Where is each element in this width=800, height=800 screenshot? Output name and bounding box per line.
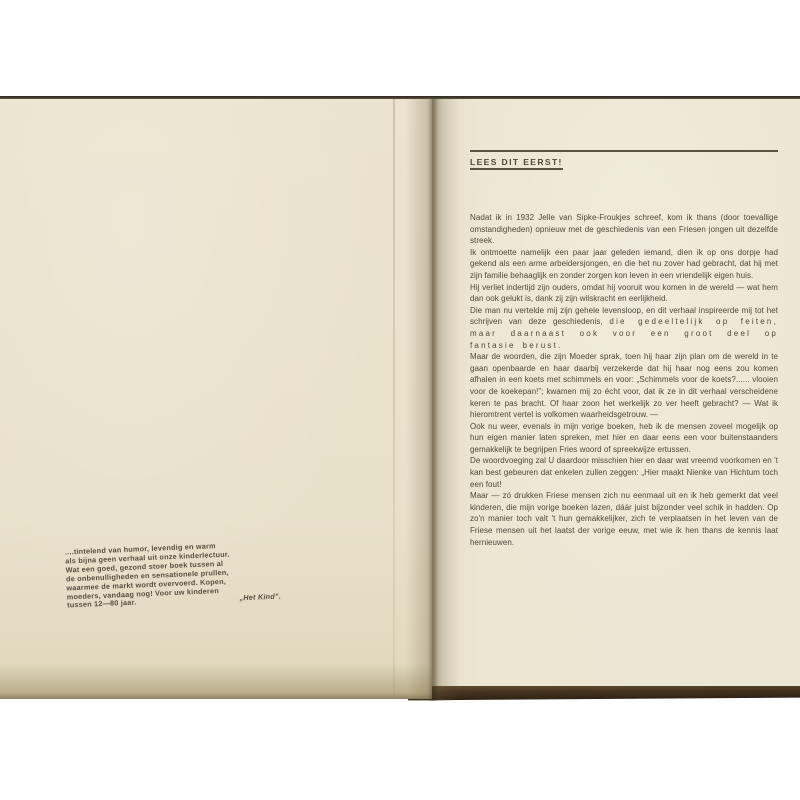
left-page: ....tintelend van humor, levendig en war… [0,98,432,699]
foreword-paragraph: Ook nu weer, evenals in mijn vorige boek… [470,421,778,456]
book-photo: ....tintelend van humor, levendig en war… [0,96,800,701]
review-line: tussen 12—80 jaar. [67,599,137,611]
foreword-paragraph: De woordvoeging zal U daardoor misschien… [470,455,778,490]
page-top-edge [0,96,800,99]
foreword-text: Nadat ik in 1932 Jelle van Sipke-Froukje… [470,212,778,548]
page-crease [393,98,395,696]
foreword-paragraph: Maar — zó drukken Friese mensen zich nu … [470,490,778,548]
foreword-paragraph: Maar de woorden, die zijn Moeder sprak, … [470,351,778,421]
foreword-paragraph: Nadat ik in 1932 Jelle van Sipke-Froukje… [470,212,778,247]
review-quote: ....tintelend van humor, levendig en war… [65,540,281,611]
foreword-paragraph: Die man nu vertelde mij zijn gehele leve… [470,305,778,351]
foreword-paragraph: Ik ontmoette namelijk een paar jaar gele… [470,247,778,282]
right-page: LEES DIT EERST! Nadat ik in 1932 Jelle v… [432,98,800,686]
foreword-content: LEES DIT EERST! Nadat ik in 1932 Jelle v… [470,150,778,548]
foreword-paragraph: Hij verliet indertijd zijn ouders, omdat… [470,282,778,305]
review-attribution: „Het Kind”. [239,593,281,604]
heading-rule [470,150,778,152]
page-heading: LEES DIT EERST! [470,157,563,170]
